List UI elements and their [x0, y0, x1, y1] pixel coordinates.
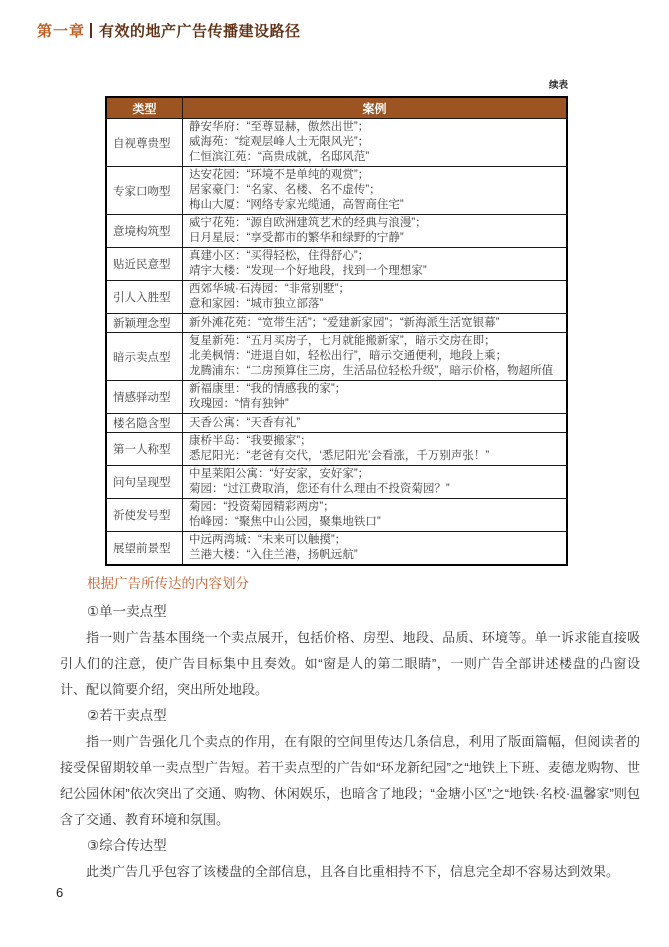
- case-line: 威海苑：“绽观层峰人士无限风光”；: [189, 135, 560, 150]
- column-header-type: 类型: [106, 97, 183, 119]
- type-cell: 问句呈现型: [106, 466, 183, 499]
- type-cell: 引人入胜型: [106, 281, 183, 314]
- subsection-heading: ①单一卖点型: [60, 599, 640, 625]
- case-line: 玫瑰园：“情有独钟”: [189, 397, 560, 412]
- case-line: 仁恒滨江苑：“高贵成就，名邸风范”: [189, 150, 560, 165]
- case-cell: 威宁花苑：“源自欧洲建筑艺术的经典与浪漫”；日月星辰：“享受都市的繁华和绿野的宁…: [183, 215, 568, 248]
- case-cell: 天香公寓：“天香有礼”: [183, 414, 568, 433]
- table-row: 专家口吻型达安花园：“环境不是单纯的观赏”；居家豪门：“名家、名楼、名不虚传”；…: [106, 167, 567, 215]
- case-line: 真建小区：“买得轻松，住得舒心”；: [189, 249, 560, 264]
- table-header-row: 类型 案例: [106, 97, 567, 119]
- case-line: 菊园：“过江费取消，您还有什么理由不投资菊园？”: [189, 482, 560, 497]
- type-cell: 意境构筑型: [106, 215, 183, 248]
- case-line: 威宁花苑：“源自欧洲建筑艺术的经典与浪漫”；: [189, 216, 560, 231]
- case-line: 怡峰园：“聚焦中山公园，聚集地铁口”: [189, 515, 560, 530]
- type-cell: 展望前景型: [106, 532, 183, 566]
- type-cell: 暗示卖点型: [106, 333, 183, 381]
- table-row: 自视尊贵型静安华府：“至尊显赫，傲然出世”；威海苑：“绽观层峰人士无限风光”；仁…: [106, 119, 567, 167]
- chapter-divider: [90, 23, 92, 38]
- paragraph: 指一则广告强化几个卖点的作用，在有限的空间里传达几条信息，利用了版面篇幅，但阅读…: [60, 729, 640, 833]
- paragraph: 指一则广告基本围绕一个卖点展开，包括价格、房型、地段、品质、环境等。单一诉求能直…: [60, 625, 640, 703]
- subsection-heading: ②若干卖点型: [60, 703, 640, 729]
- type-cell: 祈使发号型: [106, 499, 183, 532]
- continued-table-note: 续表: [105, 79, 568, 93]
- case-line: 静安华府：“至尊显赫，傲然出世”；: [189, 120, 560, 135]
- table-row: 展望前景型中远两湾城：“未来可以触摸”；兰港大楼：“入住兰港，扬帆远航”: [106, 532, 567, 566]
- page-number: 6: [56, 885, 63, 900]
- section-heading: 根据广告所传达的内容划分: [60, 574, 640, 594]
- case-line: 梅山大厦：“网络专家光缆通，高智商住宅”: [189, 198, 560, 213]
- case-line: 菊园：“投资菊园精彩两房”；: [189, 500, 560, 515]
- table-row: 贴近民意型真建小区：“买得轻松，住得舒心”；靖宇大楼：“发现一个好地段，找到一个…: [106, 248, 567, 281]
- book-page: 第一章 有效的地产广告传播建设路径 续表 类型 案例 自视尊贵型静安华府：“至尊…: [0, 0, 669, 947]
- table-row: 第一人称型康桥半岛：“我要搬家”；悉尼阳光：“老爸有交代，‘悉尼阳光’会看涨，千…: [106, 433, 567, 466]
- table-row: 引人入胜型西郊华城·石涛园：“非常别墅”；意和家园：“城市独立部落”: [106, 281, 567, 314]
- chapter-title: 有效的地产广告传播建设路径: [99, 20, 301, 41]
- case-line: 复星新苑：“五月买房子，七月就能搬新家”，暗示交房在即；: [189, 334, 560, 349]
- case-line: 中远两湾城：“未来可以触摸”；: [189, 533, 560, 548]
- case-cell: 新福康里：“我的情感我的家”；玫瑰园：“情有独钟”: [183, 381, 568, 414]
- case-line: 新福康里：“我的情感我的家”；: [189, 382, 560, 397]
- case-cell: 菊园：“投资菊园精彩两房”；怡峰园：“聚焦中山公园，聚集地铁口”: [183, 499, 568, 532]
- table-row: 新颖理念型新外滩花苑：“宽带生活”；“爱建新家园”；“新海派生活宽银幕”: [106, 314, 567, 333]
- chapter-number: 第一章: [37, 20, 85, 41]
- case-line: 日月星辰：“享受都市的繁华和绿野的宁静”: [189, 231, 560, 246]
- case-cell: 中远两湾城：“未来可以触摸”；兰港大楼：“入住兰港，扬帆远航”: [183, 532, 568, 566]
- table-row: 情感驿动型新福康里：“我的情感我的家”；玫瑰园：“情有独钟”: [106, 381, 567, 414]
- ad-types-table: 类型 案例 自视尊贵型静安华府：“至尊显赫，傲然出世”；威海苑：“绽观层峰人士无…: [105, 96, 568, 566]
- case-line: 居家豪门：“名家、名楼、名不虚传”；: [189, 183, 560, 198]
- case-line: 兰港大楼：“入住兰港，扬帆远航”: [189, 548, 560, 563]
- case-line: 靖宇大楼：“发现一个好地段，找到一个理想家”: [189, 264, 560, 279]
- case-cell: 中星莱阳公寓：“好安家，安好家”；菊园：“过江费取消，您还有什么理由不投资菊园？…: [183, 466, 568, 499]
- table-area: 续表 类型 案例 自视尊贵型静安华府：“至尊显赫，傲然出世”；威海苑：“绽观层峰…: [105, 79, 568, 566]
- type-cell: 楼名隐含型: [106, 414, 183, 433]
- chapter-header: 第一章 有效的地产广告传播建设路径: [37, 20, 301, 41]
- case-line: 意和家园：“城市独立部落”: [189, 297, 560, 312]
- table-row: 楼名隐含型天香公寓：“天香有礼”: [106, 414, 567, 433]
- table-row: 祈使发号型菊园：“投资菊园精彩两房”；怡峰园：“聚焦中山公园，聚集地铁口”: [106, 499, 567, 532]
- case-line: 康桥半岛：“我要搬家”；: [189, 434, 560, 449]
- case-cell: 静安华府：“至尊显赫，傲然出世”；威海苑：“绽观层峰人士无限风光”；仁恒滨江苑：…: [183, 119, 568, 167]
- type-cell: 专家口吻型: [106, 167, 183, 215]
- body-content: 根据广告所传达的内容划分 ①单一卖点型指一则广告基本围绕一个卖点展开，包括价格、…: [60, 574, 640, 885]
- type-cell: 贴近民意型: [106, 248, 183, 281]
- table-row: 问句呈现型中星莱阳公寓：“好安家，安好家”；菊园：“过江费取消，您还有什么理由不…: [106, 466, 567, 499]
- table-row: 暗示卖点型复星新苑：“五月买房子，七月就能搬新家”，暗示交房在即；北美枫情：“进…: [106, 333, 567, 381]
- case-cell: 达安花园：“环境不是单纯的观赏”；居家豪门：“名家、名楼、名不虚传”；梅山大厦：…: [183, 167, 568, 215]
- paragraph: 此类广告几乎包容了该楼盘的全部信息，且各自比重相持不下，信息完全却不容易达到效果…: [60, 859, 640, 885]
- case-line: 北美枫情：“进退自如，轻松出行”，暗示交通便利，地段上乘；: [189, 349, 560, 364]
- type-cell: 自视尊贵型: [106, 119, 183, 167]
- case-cell: 康桥半岛：“我要搬家”；悉尼阳光：“老爸有交代，‘悉尼阳光’会看涨，千万别声张！…: [183, 433, 568, 466]
- type-cell: 新颖理念型: [106, 314, 183, 333]
- case-line: 悉尼阳光：“老爸有交代，‘悉尼阳光’会看涨，千万别声张！”: [189, 449, 560, 464]
- case-cell: 真建小区：“买得轻松，住得舒心”；靖宇大楼：“发现一个好地段，找到一个理想家”: [183, 248, 568, 281]
- case-line: 中星莱阳公寓：“好安家，安好家”；: [189, 467, 560, 482]
- case-cell: 复星新苑：“五月买房子，七月就能搬新家”，暗示交房在即；北美枫情：“进退自如，轻…: [183, 333, 568, 381]
- subsection-heading: ③综合传达型: [60, 833, 640, 859]
- case-cell: 西郊华城·石涛园：“非常别墅”；意和家园：“城市独立部落”: [183, 281, 568, 314]
- case-line: 西郊华城·石涛园：“非常别墅”；: [189, 282, 560, 297]
- table-row: 意境构筑型威宁花苑：“源自欧洲建筑艺术的经典与浪漫”；日月星辰：“享受都市的繁华…: [106, 215, 567, 248]
- case-line: 新外滩花苑：“宽带生活”；“爱建新家园”；“新海派生活宽银幕”: [189, 316, 560, 331]
- case-line: 达安花园：“环境不是单纯的观赏”；: [189, 168, 560, 183]
- column-header-case: 案例: [183, 97, 568, 119]
- case-line: 天香公寓：“天香有礼”: [189, 416, 560, 431]
- case-line: 龙腾浦东：“二房预算住三房，生活品位轻松升级”，暗示价格，物超所值: [189, 364, 560, 379]
- case-cell: 新外滩花苑：“宽带生活”；“爱建新家园”；“新海派生活宽银幕”: [183, 314, 568, 333]
- type-cell: 第一人称型: [106, 433, 183, 466]
- type-cell: 情感驿动型: [106, 381, 183, 414]
